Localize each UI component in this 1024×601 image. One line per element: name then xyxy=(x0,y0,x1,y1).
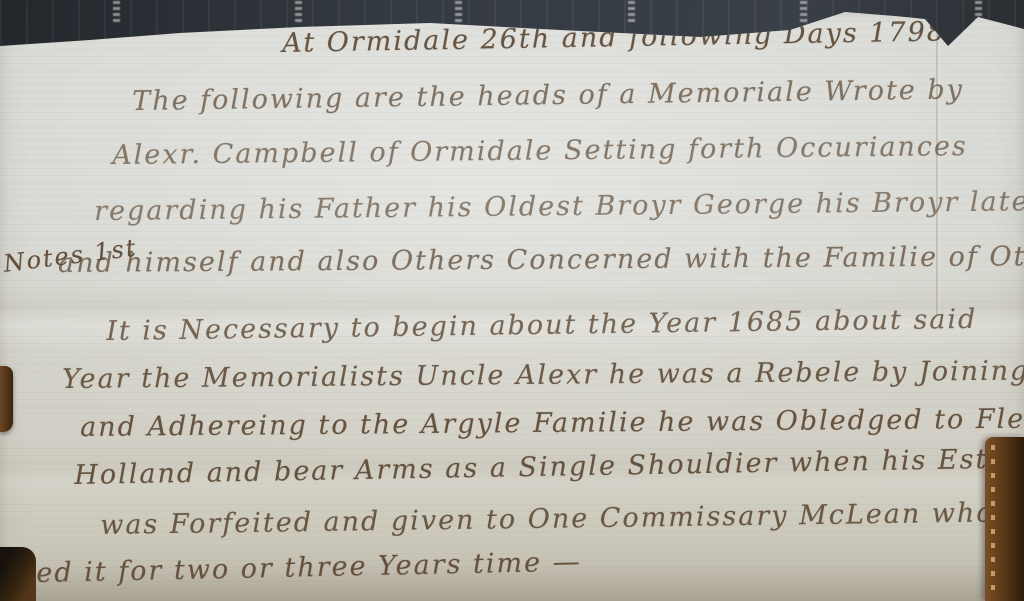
fabric-stitch-mark xyxy=(295,1,302,23)
fabric-stitch-mark xyxy=(455,1,462,23)
leather-corner-bottom-left xyxy=(0,547,36,601)
document-heading: At Ormidale 26th and following Days 1798 xyxy=(282,16,946,59)
manuscript-photo: Paget At Ormidale 26th and following Day… xyxy=(0,0,1024,601)
leather-strap-right xyxy=(985,437,1024,601)
fabric-stitch-mark xyxy=(800,1,807,23)
manuscript-line: Alexr. Campbell of Ormidale Setting fort… xyxy=(112,131,968,171)
manuscript-line: It is Necessary to begin about the Year … xyxy=(106,304,978,347)
manuscript-line: and Adhereing to the Argyle Familie he w… xyxy=(80,403,1024,443)
fabric-stitch-mark xyxy=(113,1,120,23)
leather-strap-left xyxy=(0,366,13,432)
manuscript-line: was Forfeited and given to One Commissar… xyxy=(100,496,1024,541)
manuscript-line: The following are the heads of a Memoria… xyxy=(132,74,964,117)
manuscript-line: ed it for two or three Years time — xyxy=(36,547,582,589)
leather-stitching xyxy=(991,445,995,591)
manuscript-line: Holland and bear Arms as a Single Should… xyxy=(74,443,1024,491)
page-number-label: Paget xyxy=(2,2,92,40)
manuscript-line: Year the Memorialists Uncle Alexr he was… xyxy=(62,356,1024,395)
fabric-stitch-mark xyxy=(628,1,635,23)
manuscript-page: Paget At Ormidale 26th and following Day… xyxy=(0,0,1024,601)
manuscript-line: and himself and also Others Concerned wi… xyxy=(58,241,1024,279)
manuscript-line: regarding his Father his Oldest Broyr Ge… xyxy=(94,185,1024,227)
